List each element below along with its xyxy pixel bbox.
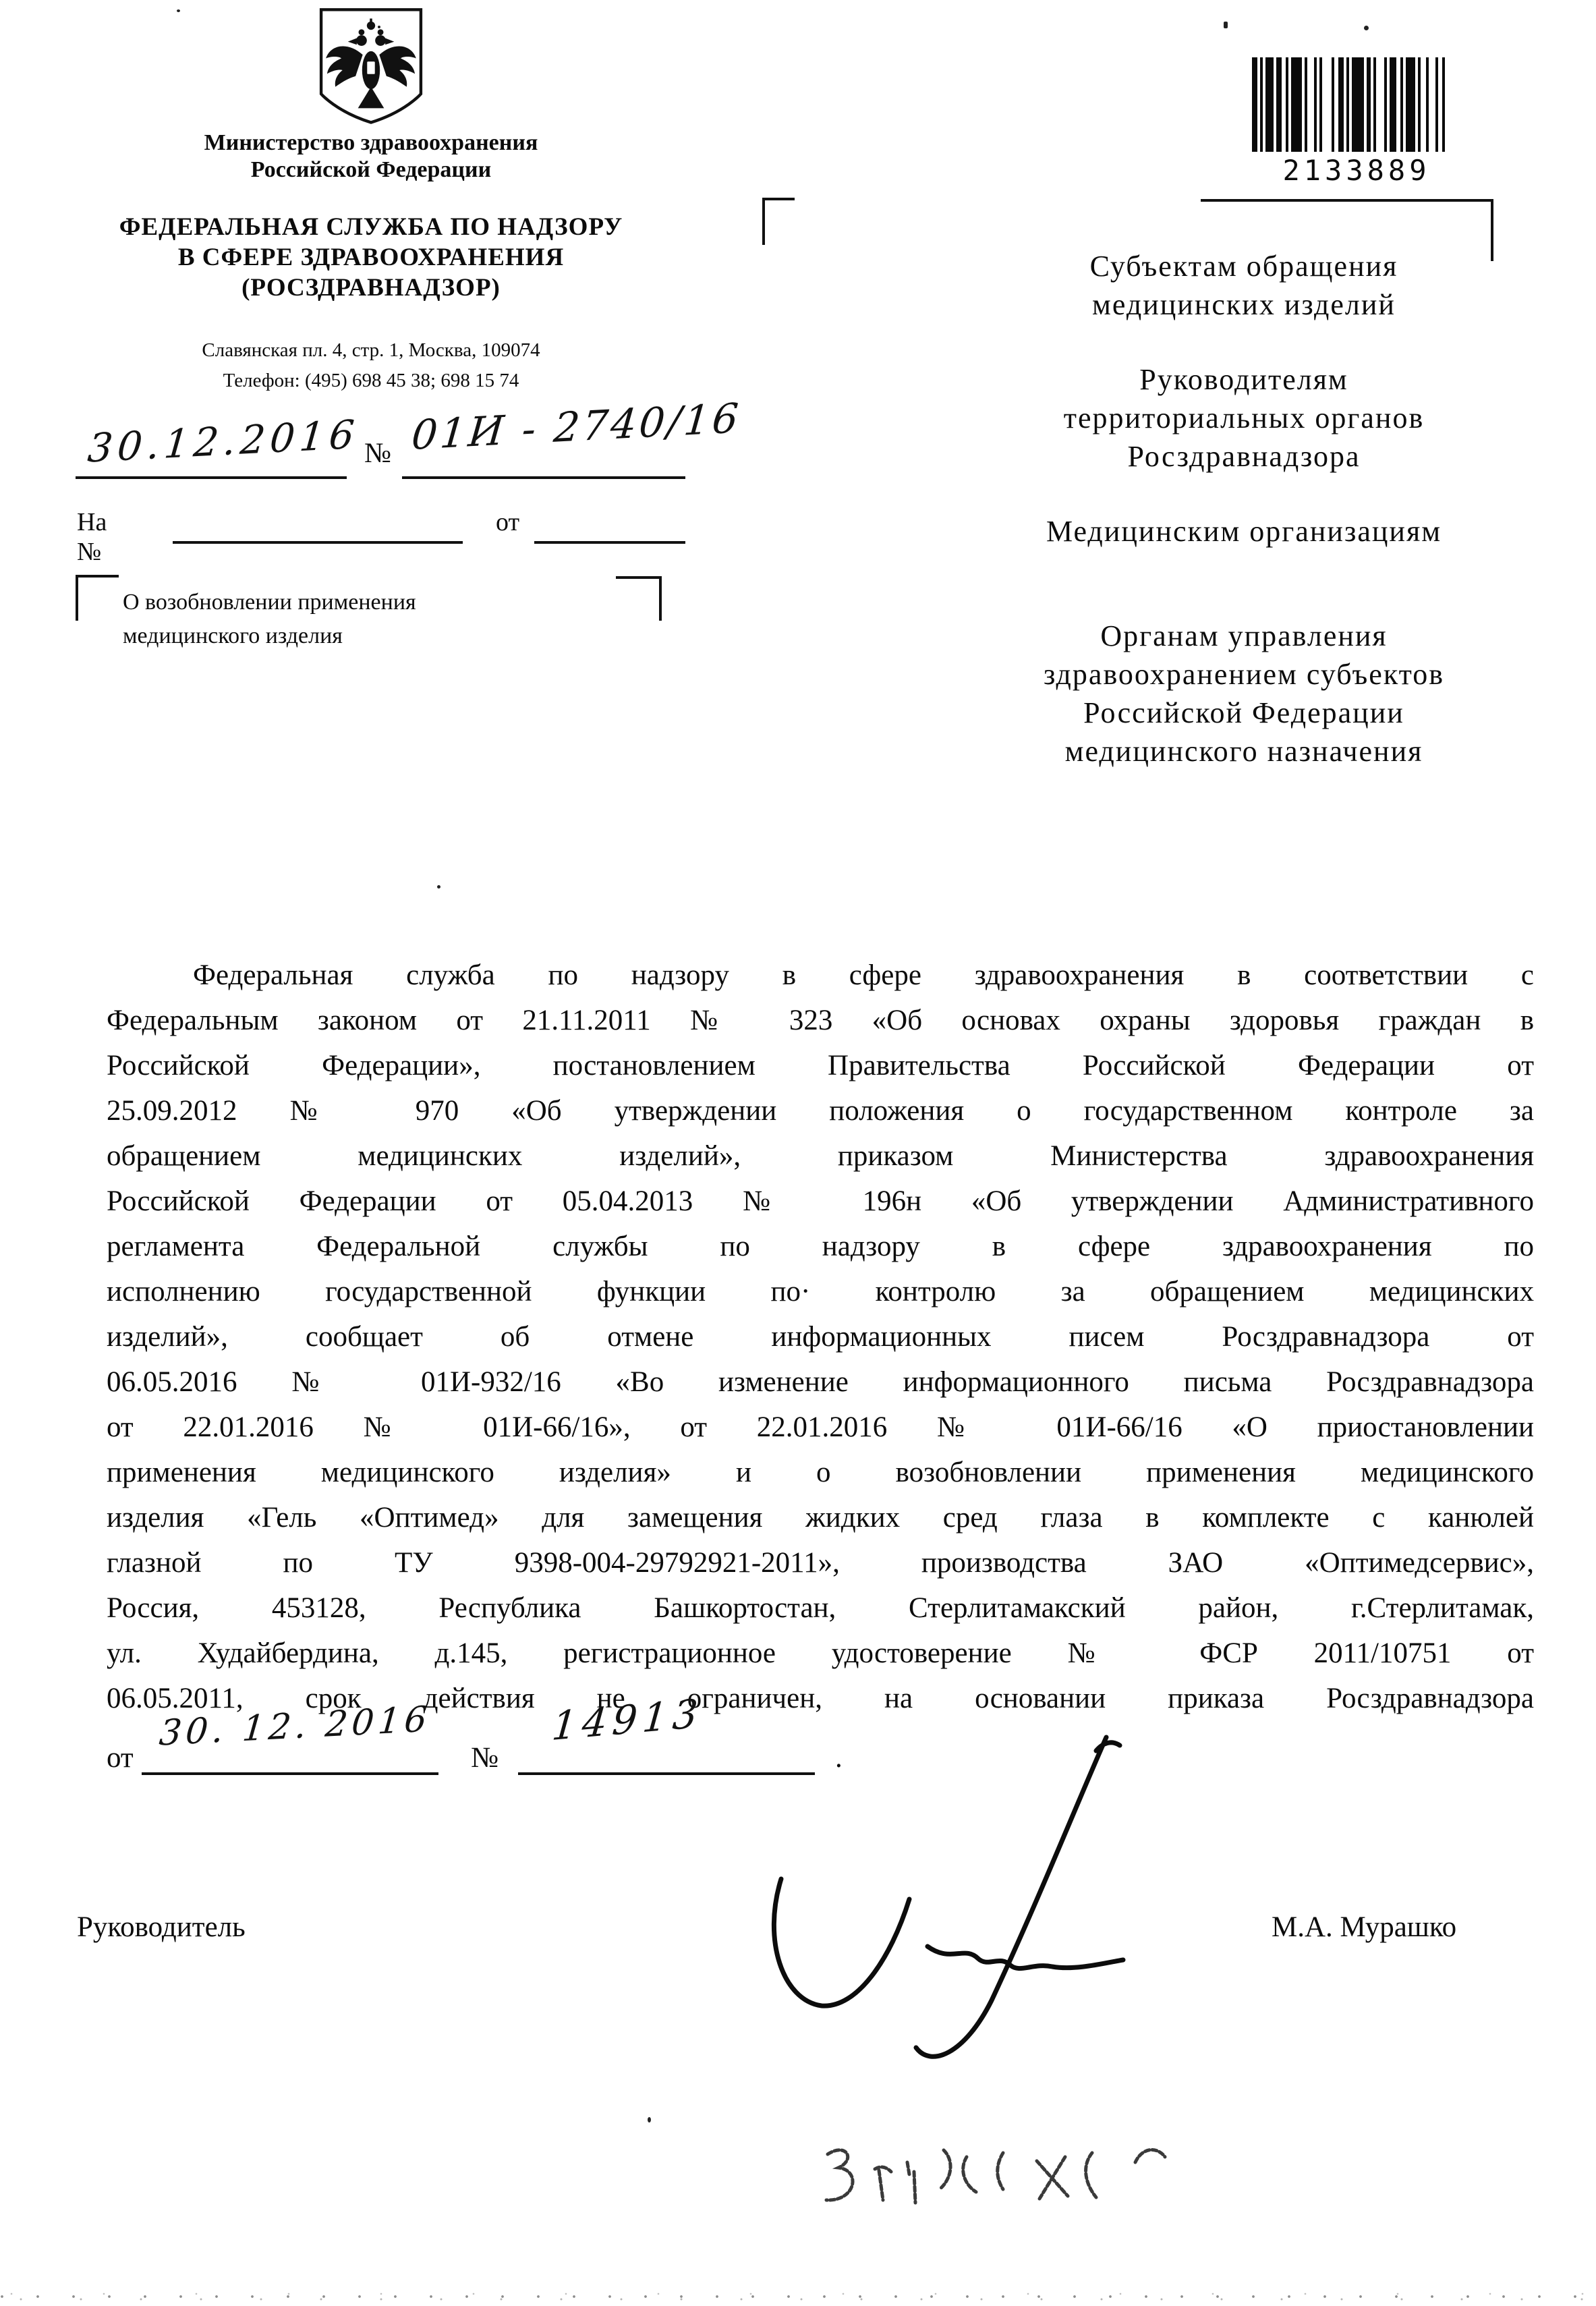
barcode-bar [1376, 57, 1384, 152]
recipient-line: Российской Федерации [936, 694, 1551, 732]
service-line3: (РОСЗДРАВНАДЗОР) [54, 273, 688, 303]
barcode-number: 2133889 [1252, 154, 1461, 187]
barcode-bar [1406, 57, 1415, 152]
body-line: ул. Худайбердина, д.145, регистрационное… [107, 1631, 1534, 1676]
number-underline [402, 476, 685, 479]
body-line: применения медицинского изделия» и о воз… [107, 1450, 1534, 1495]
barcode-bar [1445, 57, 1450, 152]
body-line: исполнению государственной функции по· к… [107, 1269, 1534, 1314]
recipient-group: Органам управленияздравоохранением субъе… [936, 617, 1551, 770]
barcode-bar [1421, 57, 1426, 152]
subject-corner-left-mark [76, 575, 119, 621]
scan-noise-strip [0, 2291, 1596, 2303]
letter-page: Министерство здравоохранения Российской … [0, 0, 1596, 2306]
recipient-line: Руководителям [936, 360, 1551, 399]
order-number-sign: № [471, 1741, 498, 1774]
outgoing-date-handwritten: 30.12.2016 [86, 411, 361, 471]
reply-date-blank [534, 541, 685, 544]
subject-line2: медицинского изделия [123, 619, 416, 653]
letterhead-phone: Телефон: (495) 698 45 38; 698 15 74 [54, 366, 688, 396]
barcode-bar [1291, 57, 1302, 152]
recipient-line: Медицинским организациям [936, 512, 1551, 551]
body-line: Российской Федерации от 05.04.2013 № 196… [107, 1179, 1534, 1224]
letterhead-address: Славянская пл. 4, стр. 1, Москва, 109074 [54, 335, 688, 366]
order-date-underline [142, 1772, 438, 1775]
scan-speck [437, 885, 440, 889]
body-line: Российской Федерации», постановлением Пр… [107, 1043, 1534, 1088]
barcode-bar [1276, 57, 1282, 152]
barcode [1252, 57, 1461, 152]
body-line: обращением медицинских изделий», приказо… [107, 1133, 1534, 1179]
barcode-bar [1265, 57, 1274, 152]
pencil-note-scribble [799, 2135, 1299, 2223]
body-line: регламента Федеральной службы по надзору… [107, 1224, 1534, 1269]
recipient-group: Медицинским организациям [936, 512, 1551, 551]
barcode-bar [1429, 57, 1435, 152]
recipient-line: Росздравнадзора [936, 437, 1551, 476]
order-from-label: от [107, 1741, 134, 1774]
reply-to-label: На № [77, 507, 107, 567]
russia-coat-of-arms-icon [312, 5, 430, 125]
body-line: Федеральным законом от 21.11.2011 № 323 … [107, 998, 1534, 1043]
signature-scribble [756, 1731, 1140, 2081]
recipients-block: Субъектам обращениямедицинских изделийРу… [936, 247, 1551, 807]
recipient-line: территориальных органов [936, 399, 1551, 437]
recipient-group: Руководителямтерриториальных органовРосз… [936, 360, 1551, 476]
subject-block: О возобновлении применения медицинского … [123, 586, 416, 653]
scan-speck [378, 26, 380, 28]
body-line: Россия, 453128, Республика Башкортостан,… [107, 1585, 1534, 1631]
recipient-line: медицинских изделий [936, 285, 1551, 324]
scan-speck [1224, 22, 1228, 28]
recipient-line: Органам управления [936, 617, 1551, 655]
ministry-line1: Министерство здравоохранения [54, 130, 688, 157]
service-line1: ФЕДЕРАЛЬНАЯ СЛУЖБА ПО НАДЗОРУ [54, 212, 688, 242]
barcode-bar [1307, 57, 1314, 152]
address-corner-left-mark [762, 198, 795, 245]
barcode-bar [1338, 57, 1344, 152]
scan-speck [177, 9, 180, 12]
number-sign: № [364, 437, 391, 470]
letterhead: Министерство здравоохранения Российской … [54, 5, 688, 396]
recipient-line: Субъектам обращения [936, 247, 1551, 285]
service-name: ФЕДЕРАЛЬНАЯ СЛУЖБА ПО НАДЗОРУ В СФЕРЕ ЗД… [54, 212, 688, 303]
service-line2: В СФЕРЕ ЗДРАВООХРАНЕНИЯ [54, 242, 688, 273]
reply-from-label: от [496, 507, 519, 537]
body-line: 25.09.2012 № 970 «Об утверждении положен… [107, 1088, 1534, 1133]
recipient-group: Субъектам обращениямедицинских изделий [936, 247, 1551, 324]
scan-speck [648, 2117, 651, 2122]
ministry-name: Министерство здравоохранения Российской … [54, 130, 688, 184]
body-line: глазной по ТУ 9398-004-29792921-2011», п… [107, 1540, 1534, 1585]
subject-corner-right-mark [616, 576, 662, 621]
date-underline [76, 476, 347, 479]
barcode-bar [1252, 57, 1257, 152]
barcode-bar [1352, 57, 1364, 152]
subject-line1: О возобновлении применения [123, 586, 416, 619]
barcode-bar [1390, 57, 1396, 152]
letterhead-contacts: Славянская пл. 4, стр. 1, Москва, 109074… [54, 335, 688, 396]
reply-number-blank [173, 541, 463, 544]
scan-speck [1364, 26, 1369, 30]
signer-title: Руководитель [77, 1911, 246, 1944]
recipient-line: медицинского назначения [936, 732, 1551, 770]
signer-name: М.А. Мурашко [1272, 1911, 1456, 1944]
body-paragraph: Федеральная служба по надзору в сфере зд… [107, 953, 1534, 1721]
body-line: 06.05.2016 № 01И-932/16 «Во изменение ин… [107, 1359, 1534, 1405]
body-line: изделия «Гель «Оптимед» для замещения жи… [107, 1495, 1534, 1540]
outgoing-number-handwritten: 01И - 2740/16 [409, 395, 743, 459]
recipient-line: здравоохранением субъектов [936, 655, 1551, 694]
body-line: Федеральная служба по надзору в сфере зд… [107, 953, 1534, 998]
body-line: изделий», сообщает об отмене информацион… [107, 1314, 1534, 1359]
body-line: от 22.01.2016 № 01И-66/16», от 22.01.201… [107, 1405, 1534, 1450]
barcode-bar [1322, 57, 1332, 152]
ministry-line2: Российской Федерации [54, 157, 688, 184]
